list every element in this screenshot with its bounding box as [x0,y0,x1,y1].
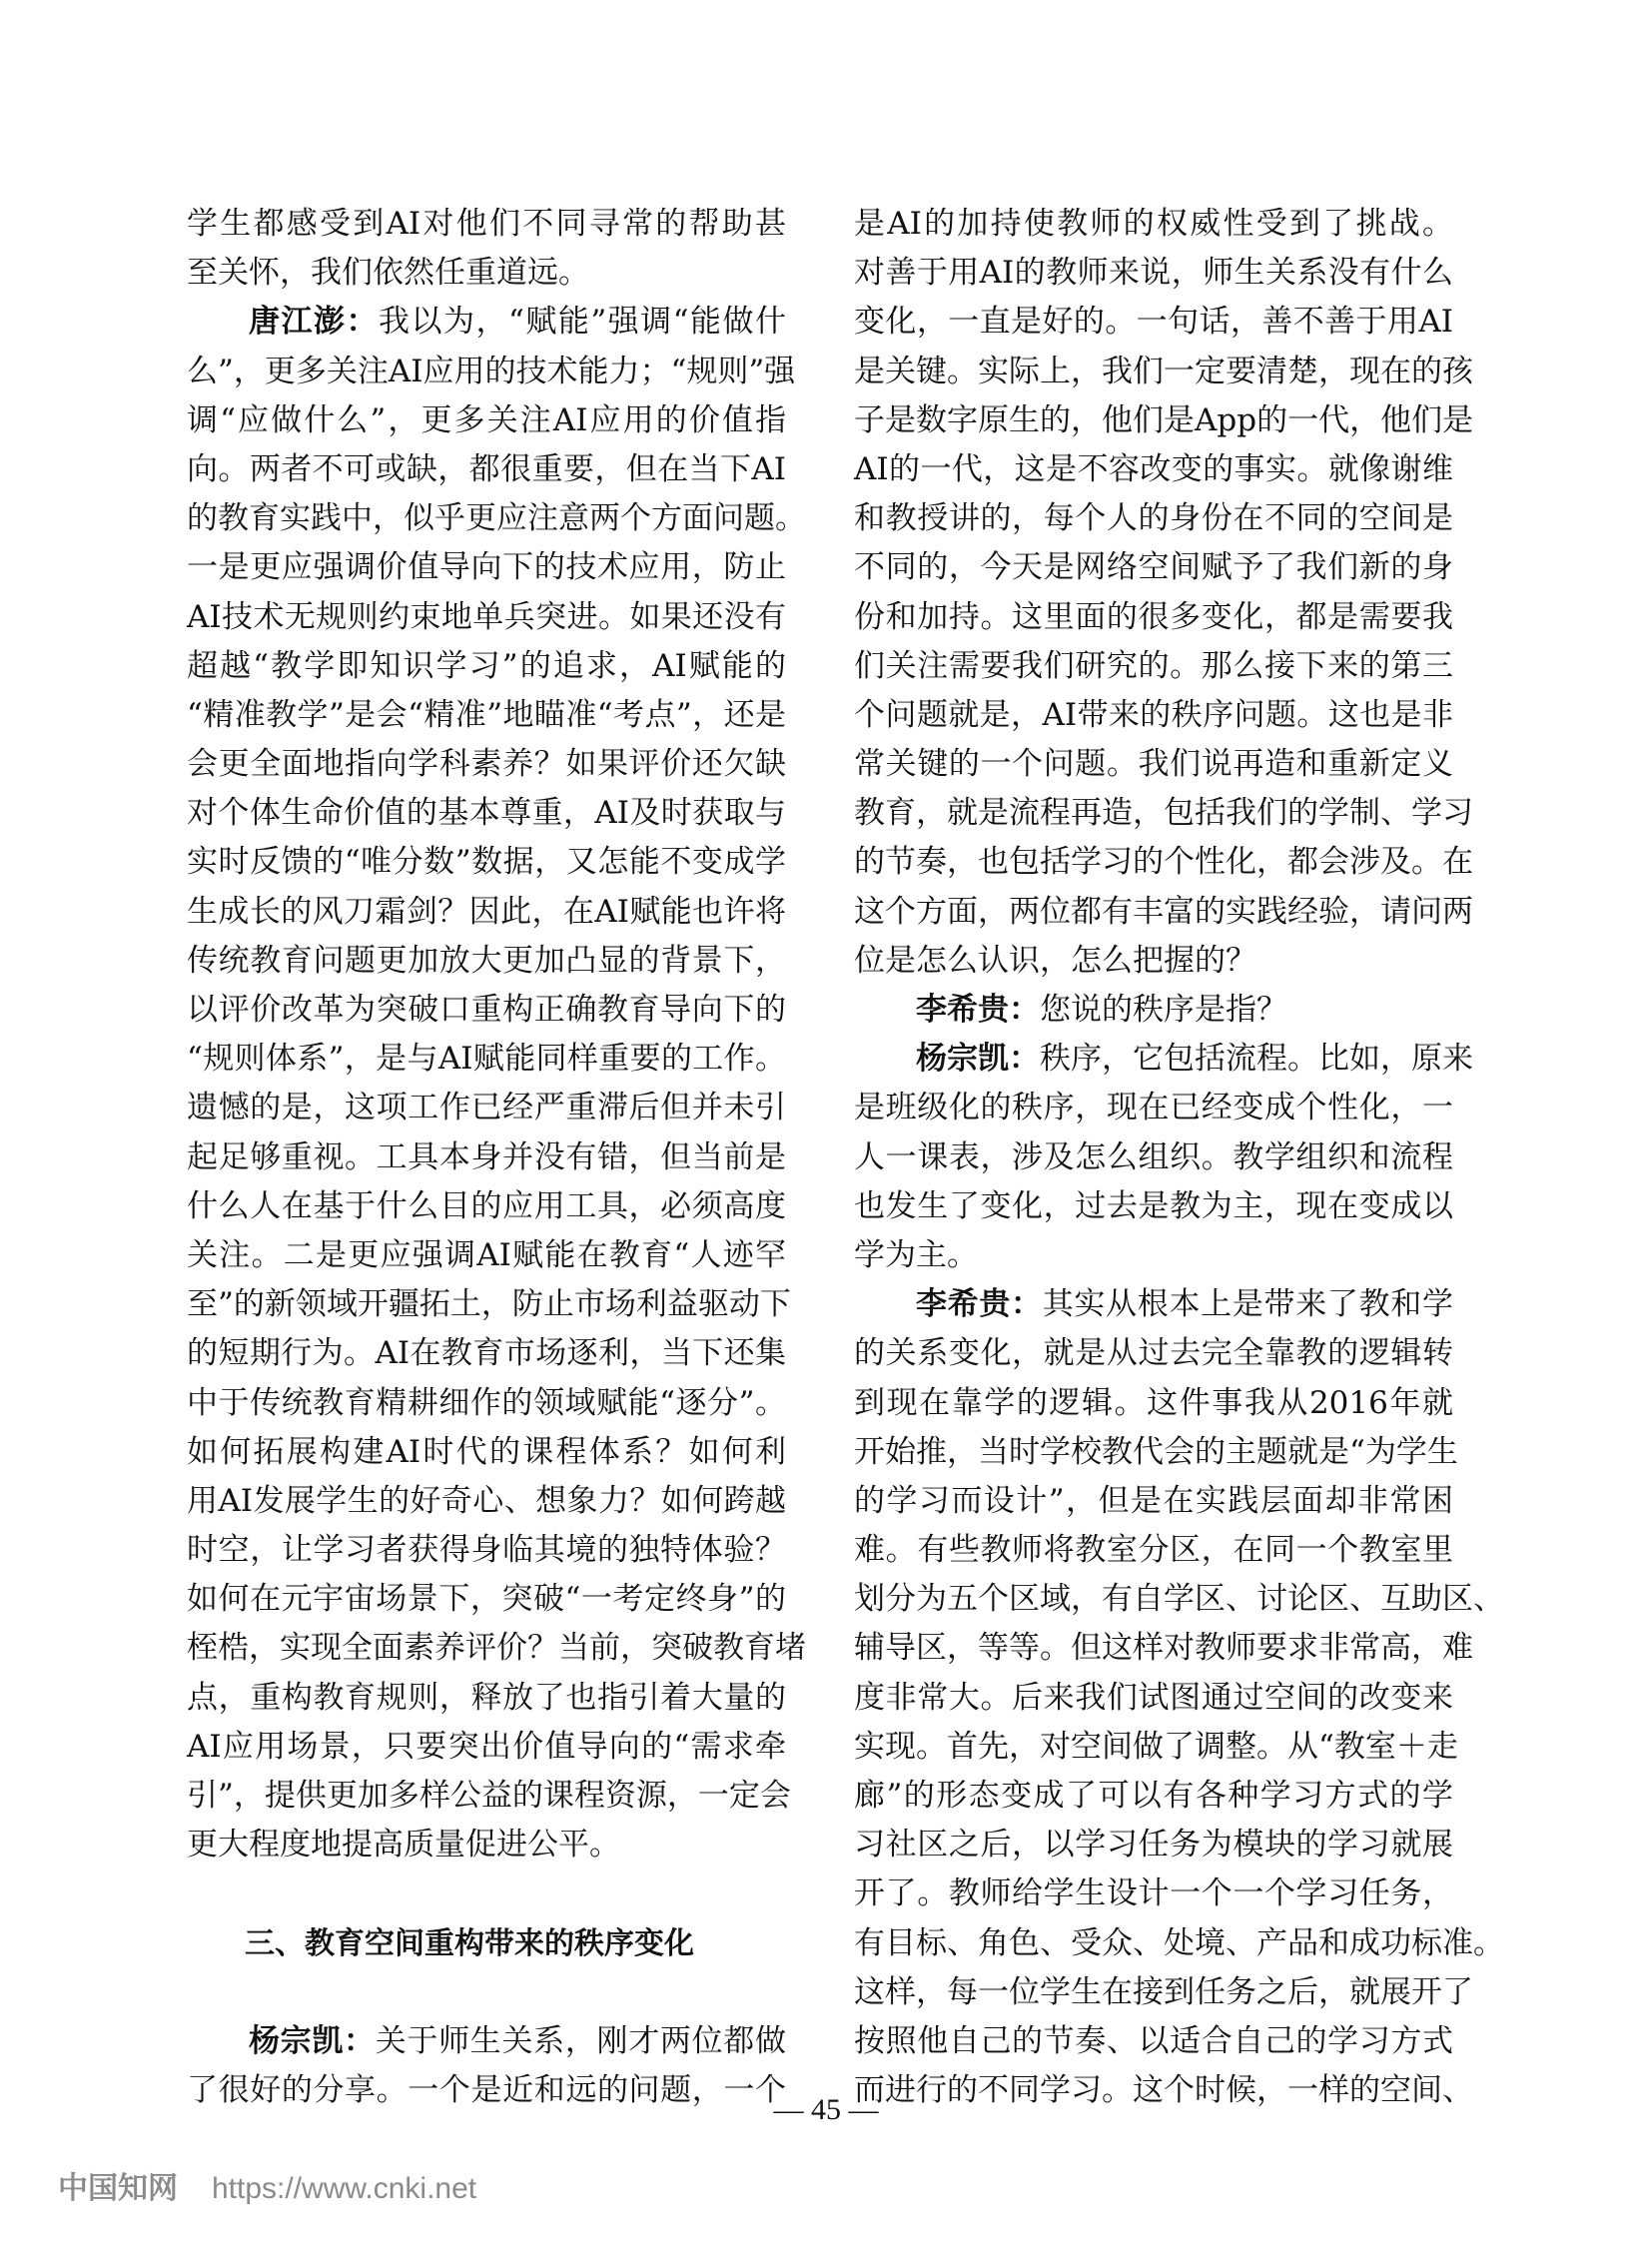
text-line: 常关键的一个问题。我们说再造和重新定义 [854,740,1453,789]
speaker-line: 唐江澎：我以为，“赋能”强调“能做什 [187,298,786,347]
text-line: 实时反馈的“唯分数”数据，又怎能不变成学 [187,838,786,887]
text-line: 按照他自己的节奏、以适合自己的学习方式 [854,2017,1453,2066]
speaker-line: 杨宗凯：关于师生关系，刚才两位都做 [187,2017,786,2066]
text-line: 到现在靠学的逻辑。这件事我从2016年就 [854,1379,1453,1428]
watermark-brand: 中国知网 [58,2172,178,2205]
right-column: 是AI的加持使教师的权威性受到了挑战。 对善于用AI的教师来说，师生关系没有什么… [854,200,1453,2115]
text-line: 学为主。 [854,1231,1453,1280]
text-line: 廊”的形态变成了可以有各种学习方式的学 [854,1772,1453,1821]
text-line: AI技术无规则约束地单兵突进。如果还没有 [187,593,786,642]
speaker-name: 杨宗凯： [249,2023,376,2059]
text-line: 的教育实践中，似乎更应注意两个方面问题。 [187,494,786,543]
text-span: 关于师生关系，刚才两位都做 [376,2023,786,2059]
text-line: 点，重构教育规则，释放了也指引着大量的 [187,1674,786,1723]
speaker-name: 唐江澎： [249,304,379,340]
text-line: 也发生了变化，过去是教为主，现在变成以 [854,1182,1453,1231]
text-line: 人一课表，涉及怎么组织。教学组织和流程 [854,1133,1453,1182]
text-line: 生成长的风刀霜剑？因此，在AI赋能也许将 [187,888,786,937]
text-line: 子是数字原生的，他们是App的一代，他们是 [854,396,1453,445]
speaker-name: 李希贵： [916,992,1040,1028]
text-line: 度非常大。后来我们试图通过空间的改变来 [854,1674,1453,1723]
spacer [187,1869,786,1918]
left-column: 学生都感受到AI对他们不同寻常的帮助甚 至关怀，我们依然任重道远。 唐江澎：我以… [187,200,786,2115]
text-line: AI的一代，这是不容改变的事实。就像谢维 [854,445,1453,494]
spacer [187,1968,786,2017]
text-line: 的学习而设计”，但是在实践层面却非常困 [854,1477,1453,1526]
watermark-url: https://www.cnki.net [212,2172,476,2205]
speaker-name: 杨宗凯： [916,1041,1040,1077]
text-line: 时空，让学习者获得身临其境的独特体验？ [187,1526,786,1575]
text-line: 起足够重视。工具本身并没有错，但当前是 [187,1133,786,1182]
watermark: 中国知网https://www.cnki.net [58,2163,476,2207]
text-line: 么”，更多关注AI应用的技术能力；“规则”强 [187,348,786,396]
text-line: 的节奏，也包括学习的个性化，都会涉及。在 [854,838,1453,887]
text-line: 桎梏，实现全面素养评价？当前，突破教育堵 [187,1624,786,1673]
speaker-line: 李希贵：您说的秩序是指？ [854,986,1453,1035]
text-line: 划分为五个区域，有自学区、讨论区、互助区、 [854,1575,1453,1624]
text-line: 传统教育问题更加放大更加凸显的背景下， [187,937,786,986]
text-line: 一是更应强调价值导向下的技术应用，防止 [187,543,786,592]
text-line: 什么人在基于什么目的应用工具，必须高度 [187,1182,786,1231]
text-line: 遗憾的是，这项工作已经严重滞后但并未引 [187,1084,786,1132]
text-line: 开始推，当时学校教代会的主题就是“为学生 [854,1428,1453,1477]
text-line: 是AI的加持使教师的权威性受到了挑战。 [854,200,1453,249]
text-line: 的短期行为。AI在教育市场逐利，当下还集 [187,1329,786,1378]
text-line: “规则体系”，是与AI赋能同样重要的工作。 [187,1035,786,1084]
text-line: 是关键。实际上，我们一定要清楚，现在的孩 [854,348,1453,396]
text-line: 难。有些教师将教室分区，在同一个教室里 [854,1526,1453,1575]
text-line: 开了。教师给学生设计一个一个学习任务， [854,1869,1453,1918]
text-span: 您说的秩序是指？ [1040,992,1287,1028]
text-line: 如何拓展构建AI时代的课程体系？如何利 [187,1428,786,1477]
text-line: 学生都感受到AI对他们不同寻常的帮助甚 [187,200,786,249]
text-line: 超越“教学即知识学习”的追求，AI赋能的 [187,642,786,691]
text-line: 个问题就是，AI带来的秩序问题。这也是非 [854,691,1453,740]
text-line: 对个体生命价值的基本尊重，AI及时获取与 [187,789,786,838]
text-line: 实现。首先，对空间做了调整。从“教室＋走 [854,1723,1453,1772]
text-line: 和教授讲的，每个人的身份在不同的空间是 [854,494,1453,543]
speaker-line: 李希贵：其实从根本上是带来了教和学 [854,1280,1453,1329]
text-line: AI应用场景，只要突出价值导向的“需求牵 [187,1723,786,1772]
section-heading: 三、教育空间重构带来的秩序变化 [187,1919,786,1968]
text-line: 这样，每一位学生在接到任务之后，就展开了 [854,1968,1453,2017]
speaker-line: 杨宗凯：秩序，它包括流程。比如，原来 [854,1035,1453,1084]
text-span: 我以为，“赋能”强调“能做什 [379,304,786,340]
text-line: 有目标、角色、受众、处境、产品和成功标准。 [854,1919,1453,1968]
text-line: “精准教学”是会“精准”地瞄准“考点”，还是 [187,691,786,740]
text-span: 其实从根本上是带来了教和学 [1043,1286,1453,1322]
text-line: 更大程度地提高质量促进公平。 [187,1821,786,1869]
text-line: 调“应做什么”，更多关注AI应用的价值指 [187,396,786,445]
text-span: 秩序，它包括流程。比如，原来 [1040,1041,1473,1077]
text-line: 习社区之后，以学习任务为模块的学习就展 [854,1821,1453,1869]
text-line: 关注。二是更应强调AI赋能在教育“人迹罕 [187,1231,786,1280]
text-line: 的关系变化，就是从过去完全靠教的逻辑转 [854,1329,1453,1378]
text-line: 用AI发展学生的好奇心、想象力？如何跨越 [187,1477,786,1526]
text-line: 是班级化的秩序，现在已经变成个性化，一 [854,1084,1453,1132]
text-line: 变化，一直是好的。一句话，善不善于用AI [854,298,1453,347]
text-line: 份和加持。这里面的很多变化，都是需要我 [854,593,1453,642]
text-line: 向。两者不可或缺，都很重要，但在当下AI [187,445,786,494]
text-line: 中于传统教育精耕细作的领域赋能“逐分”。 [187,1379,786,1428]
text-line: 引”，提供更加多样公益的课程资源，一定会 [187,1772,786,1821]
speaker-name: 李希贵： [916,1286,1043,1322]
page-number: — 45 — [0,2093,1652,2127]
text-line: 这个方面，两位都有丰富的实践经验，请问两 [854,888,1453,937]
text-line: 位是怎么认识，怎么把握的？ [854,937,1453,986]
text-line: 至关怀，我们依然任重道远。 [187,249,786,298]
text-line: 以评价改革为突破口重构正确教育导向下的 [187,986,786,1035]
text-line: 们关注需要我们研究的。那么接下来的第三 [854,642,1453,691]
text-line: 不同的，今天是网络空间赋予了我们新的身 [854,543,1453,592]
text-line: 会更全面地指向学科素养？如果评价还欠缺 [187,740,786,789]
text-line: 如何在元宇宙场景下，突破“一考定终身”的 [187,1575,786,1624]
text-line: 对善于用AI的教师来说，师生关系没有什么 [854,249,1453,298]
text-line: 辅导区，等等。但这样对教师要求非常高，难 [854,1624,1453,1673]
text-line: 至”的新领域开疆拓土，防止市场利益驱动下 [187,1280,786,1329]
text-line: 教育，就是流程再造，包括我们的学制、学习 [854,789,1453,838]
